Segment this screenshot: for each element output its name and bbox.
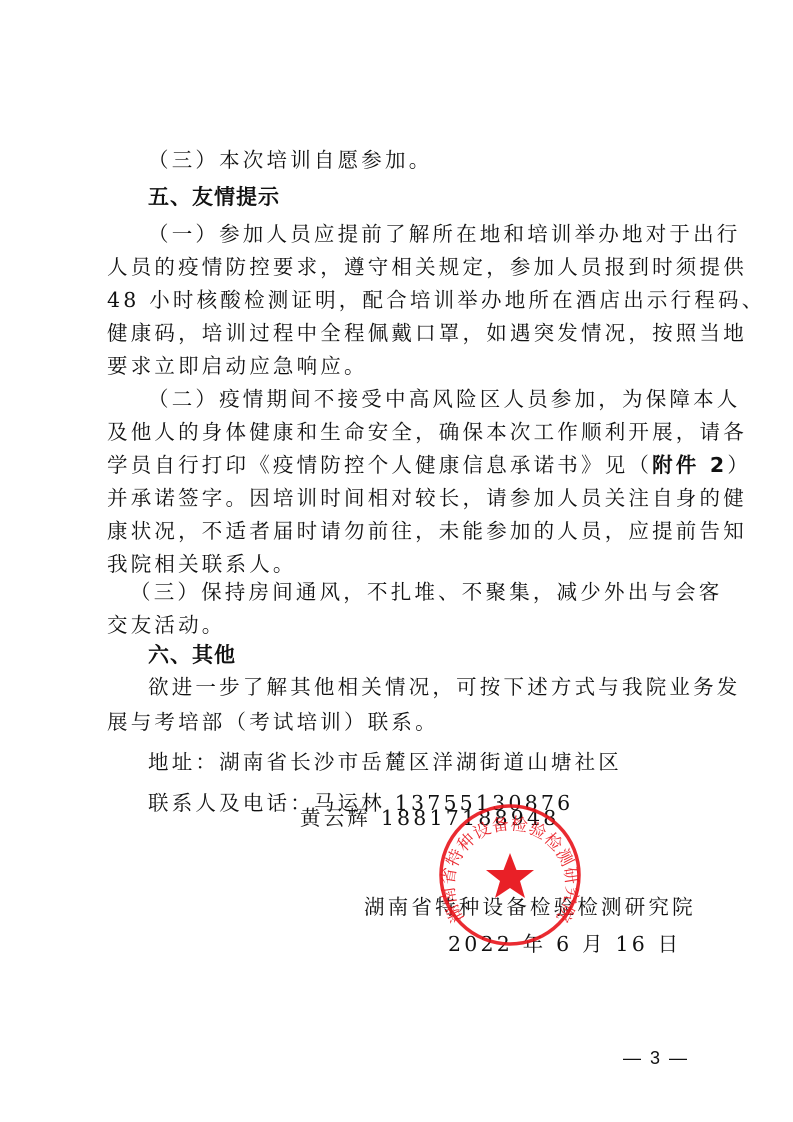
- paragraph-line: （二）疫情期间不接受中高风险区人员参加，为保障本人: [148, 389, 741, 410]
- text-segment: 学员自行打印《疫情防控个人健康信息承诺书》见（: [107, 453, 652, 477]
- paragraph-line: 及他人的身体健康和生命安全，确保本次工作顺利开展，请各: [107, 422, 747, 443]
- paragraph-line: 要求立即启动应急响应。: [107, 356, 368, 377]
- paragraph-line-attachment: 学员自行打印《疫情防控个人健康信息承诺书》见（附件 2）: [107, 455, 751, 476]
- address-line: 地址：湖南省长沙市岳麓区洋湖街道山塘社区: [148, 752, 622, 773]
- paragraph-line: 展与考培部（考试培训）联系。: [107, 712, 439, 733]
- paragraph-line: 交友活动。: [107, 615, 226, 636]
- text-segment: ）: [727, 453, 751, 477]
- section-heading-other: 六、其他: [148, 645, 236, 666]
- official-seal: 湖南省特种设备检验检测研究院: [438, 803, 582, 947]
- item-3-voluntary: （三）本次培训自愿参加。: [148, 150, 432, 171]
- paragraph-line: （三）保持房间通风，不扎堆、不聚集，减少外出与会客: [130, 582, 723, 603]
- section-heading-tips: 五、友情提示: [148, 187, 280, 208]
- paragraph-line: 并承诺签字。因培训时间相对较长，请参加人员关注自身的健: [107, 488, 747, 509]
- paragraph-line: 人员的疫情防控要求，遵守相关规定，参加人员报到时须提供: [107, 257, 747, 278]
- paragraph-line: 康状况，不适者届时请勿前往，未能参加的人员，应提前告知: [107, 521, 747, 542]
- paragraph-line: （一）参加人员应提前了解所在地和培训举办地对于出行: [148, 224, 741, 245]
- paragraph-line: 48 小时核酸检测证明，配合培训举办地所在酒店出示行程码、: [107, 290, 765, 311]
- paragraph-line: 欲进一步了解其他相关情况，可按下述方式与我院业务发: [148, 677, 741, 698]
- paragraph-line: 我院相关联系人。: [107, 554, 297, 575]
- attachment-reference: 附件 2: [652, 453, 727, 477]
- page-number: — 3 —: [623, 1048, 689, 1069]
- star-icon: [486, 853, 534, 898]
- paragraph-line: 健康码，培训过程中全程佩戴口罩，如遇突发情况，按照当地: [107, 323, 747, 344]
